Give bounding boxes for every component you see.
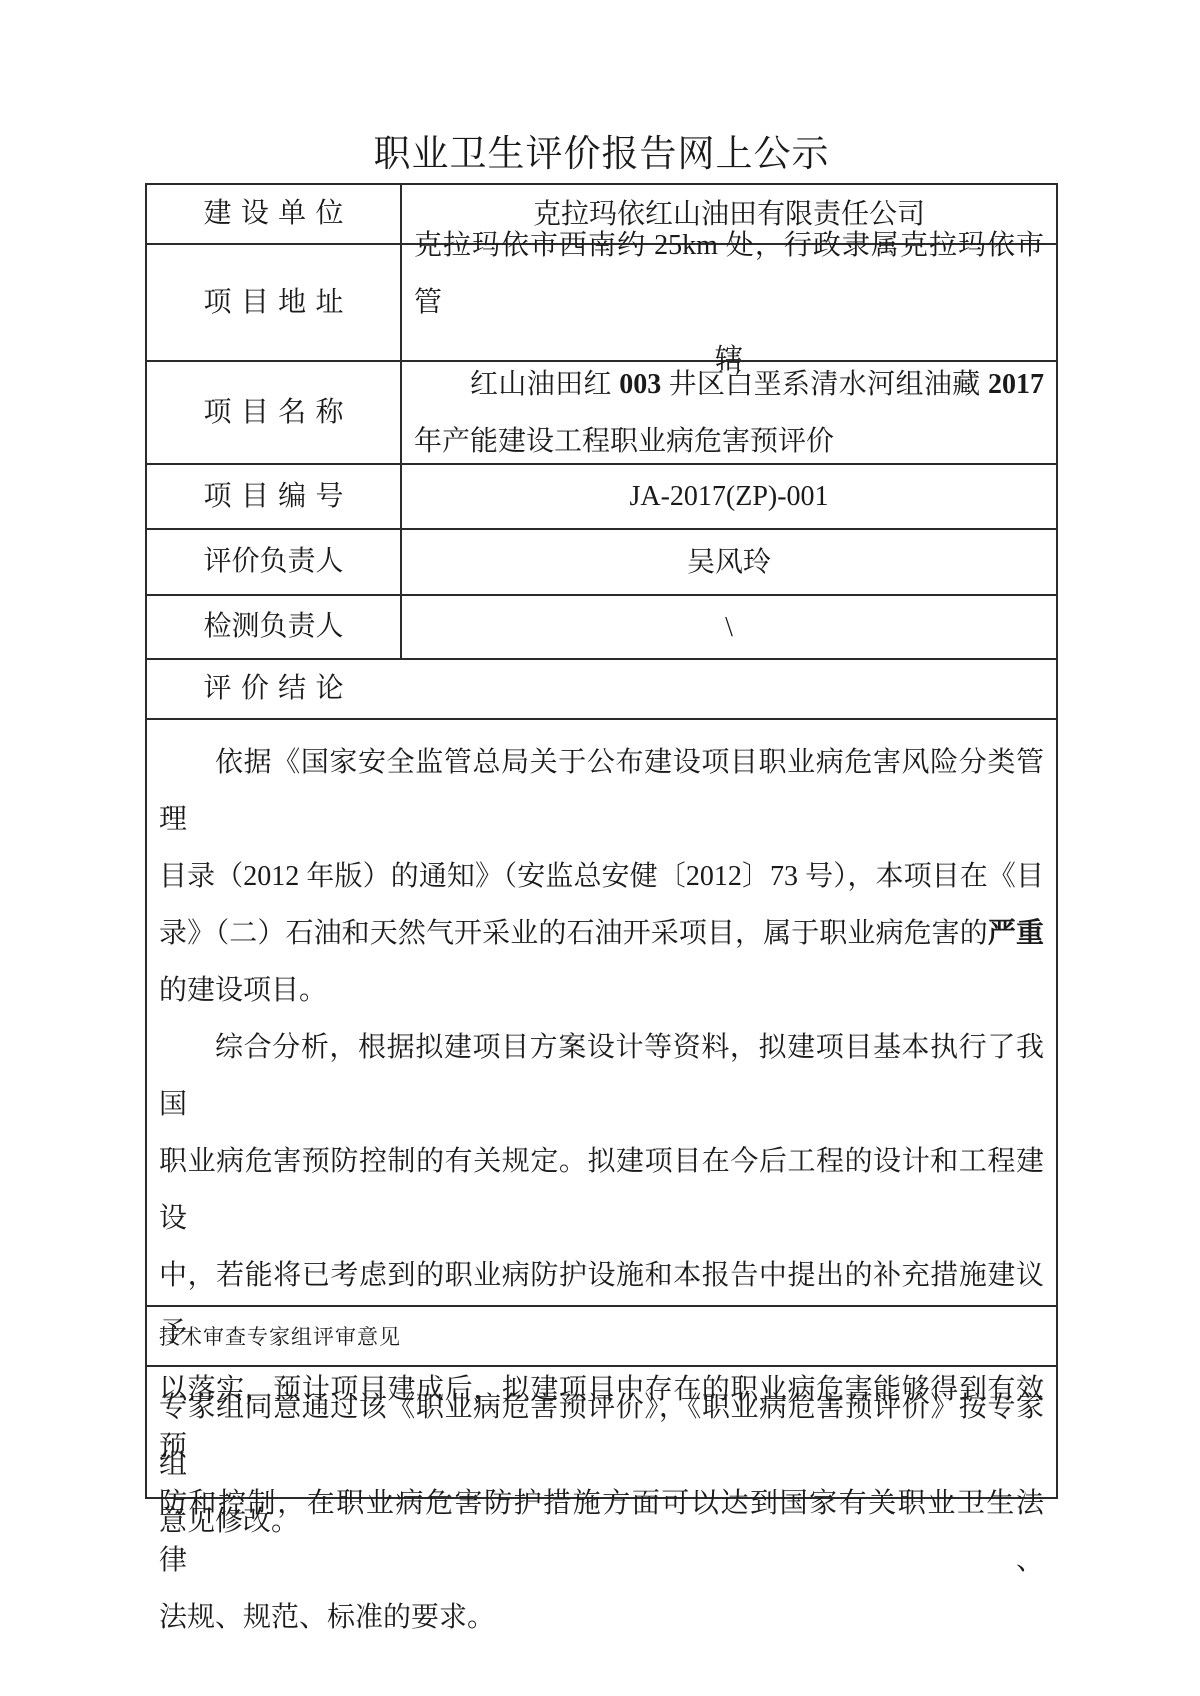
testing-leader-value: \ [414,599,1044,656]
project-name-num1: 003 [619,369,661,400]
project-address-line1: 克拉玛依市西南约 25km 处，行政隶属克拉玛依市管 [414,217,1044,331]
row-conclusion-header: 评价结论 [147,660,1056,720]
row-project-address: 项目地址 克拉玛依市西南约 25km 处，行政隶属克拉玛依市管 辖 [147,245,1056,362]
row-conclusion-body: 依据《国家安全监管总局关于公布建设项目职业病危害风险分类管理 目录（2012 年… [147,720,1056,1307]
conclusion-p1-line1: 依据《国家安全监管总局关于公布建设项目职业病危害风险分类管理 [159,734,1044,848]
project-number-value-cell: JA-2017(ZP)-001 [402,465,1056,528]
project-number-value: JA-2017(ZP)-001 [414,468,1044,525]
project-number-label: 项目编号 [204,480,344,514]
testing-leader-value-cell: \ [402,596,1056,658]
document-page: 职业卫生评价报告网上公示 建设单位 克拉玛依红山油田有限责任公司 项目地址 克拉… [0,0,1200,1696]
conclusion-label-wrap: 评价结论 [147,672,400,706]
row-project-name: 项目名称 红山油田红 003 井区白垩系清水河组油藏 2017 年产能建设工程职… [147,362,1056,465]
testing-leader-label: 检测负责人 [204,610,344,644]
conclusion-p2-line6: 法规、规范、标准的要求。 [159,1589,1044,1646]
expert-review-label: 技术审查专家组评审意见 [159,1321,401,1351]
conclusion-p2-line2: 职业病危害预防控制的有关规定。拟建项目在今后工程的设计和工程建设 [159,1133,1044,1247]
project-address-value-cell: 克拉玛依市西南约 25km 处，行政隶属克拉玛依市管 辖 [402,245,1056,360]
row-evaluation-leader: 评价负责人 吴风玲 [147,530,1056,596]
document-title: 职业卫生评价报告网上公示 [145,133,1058,177]
conclusion-p1-line3: 录》（二）石油和天然气开采业的石油开采项目，属于职业病危害的严重 [159,905,1044,962]
construction-unit-label: 建设单位 [204,197,344,231]
project-address-label: 项目地址 [204,286,344,320]
project-name-num2: 2017 [988,369,1044,400]
conclusion-p2-line1: 综合分析，根据拟建项目方案设计等资料，拟建项目基本执行了我国 [159,1019,1044,1133]
project-name-value-cell: 红山油田红 003 井区白垩系清水河组油藏 2017 年产能建设工程职业病危害预… [402,362,1056,463]
project-address-label-cell: 项目地址 [147,245,402,360]
project-name-label-cell: 项目名称 [147,362,402,463]
project-name-label: 项目名称 [204,396,344,430]
project-name-seg2: 井区白垩系清水河组油藏 [661,369,988,400]
conclusion-p1-line3-pre: 录》（二）石油和天然气开采业的石油开采项目，属于职业病危害的 [159,918,988,949]
conclusion-label: 评价结论 [204,672,344,706]
evaluation-leader-label: 评价负责人 [204,545,344,579]
row-project-number: 项目编号 JA-2017(ZP)-001 [147,465,1056,530]
testing-leader-label-cell: 检测负责人 [147,596,402,658]
project-number-label-cell: 项目编号 [147,465,402,528]
evaluation-leader-value: 吴风玲 [414,534,1044,591]
construction-unit-label-cell: 建设单位 [147,185,402,243]
project-name-line2: 年产能建设工程职业病危害预评价 [414,413,1044,470]
row-testing-leader: 检测负责人 \ [147,596,1056,660]
row-expert-review-header: 技术审查专家组评审意见 [147,1307,1056,1367]
project-name-line1: 红山油田红 003 井区白垩系清水河组油藏 2017 [414,356,1044,413]
conclusion-p1-line4: 的建设项目。 [159,962,1044,1019]
project-name-seg1: 红山油田红 [470,369,619,400]
conclusion-p1-line3-bold: 严重 [988,918,1044,949]
report-table: 建设单位 克拉玛依红山油田有限责任公司 项目地址 克拉玛依市西南约 25km 处… [145,183,1058,1499]
evaluation-leader-value-cell: 吴风玲 [402,530,1056,594]
conclusion-p1-line2: 目录（2012 年版）的通知》（安监总安健〔2012〕73 号），本项目在《目 [159,848,1044,905]
evaluation-leader-label-cell: 评价负责人 [147,530,402,594]
